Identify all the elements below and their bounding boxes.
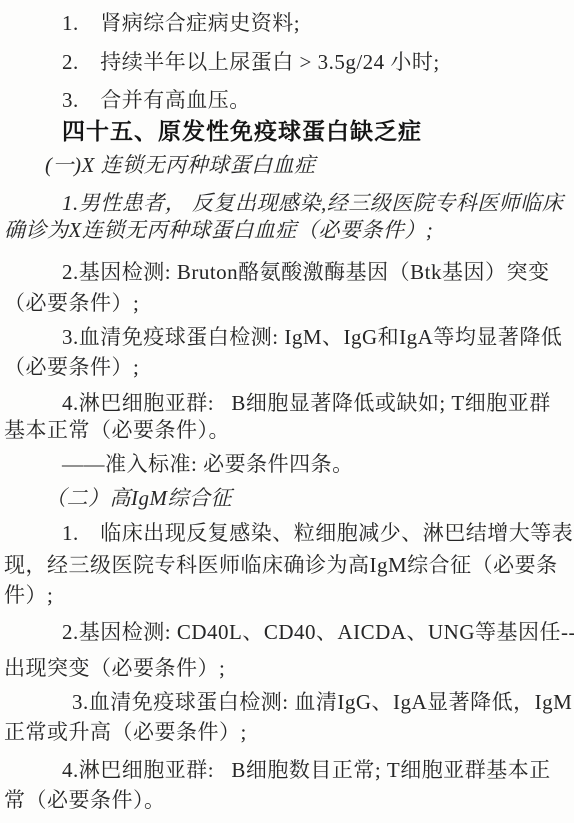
document-line: 1. 临床出现反复感染、粒细胞减少、淋巴结增大等表 [62, 520, 573, 547]
document-line: 3.血清免疫球蛋白检测: 血清IgG、IgA显著降低，IgM [72, 689, 572, 716]
document-line: 1.男性患者， 反复出现感染,经三级医院专科医师临床 [62, 190, 563, 217]
document-line: 现，经三级医院专科医师临床确诊为高IgM综合征（必要条 [4, 552, 558, 579]
document-line: 2. 持续半年以上尿蛋白 > 3.5g/24 小时; [62, 49, 440, 76]
document-line: 确诊为X连锁无丙种球蛋白血症（必要条件）; [4, 217, 433, 244]
document-line: ——准入标准: 必要条件四条。 [62, 451, 354, 478]
document-line: 2.基因检测: CD40L、CD40、AICDA、UNG等基因任--种 [62, 619, 574, 646]
document-line: 3.血清免疫球蛋白检测: IgM、IgG和IgA等均显著降低 [62, 324, 562, 351]
document-line: 4.淋巴细胞亚群: B细胞数目正常; T细胞亚群基本正 [62, 757, 551, 784]
document-line: （必要条件）; [4, 354, 139, 381]
document-line: 3. 合并有高血压。 [62, 87, 251, 114]
subsection-heading: (一)X 连锁无丙种球蛋白血症 [45, 152, 316, 179]
document-line: 基本正常（必要条件）。 [4, 417, 230, 444]
document-line: （必要条件）; [4, 290, 139, 317]
document-line: 件）; [4, 582, 53, 609]
subsection-heading: （二）高IgM综合征 [45, 485, 232, 512]
document-line: 正常或升高（必要条件）; [4, 719, 247, 746]
document-line: 4.淋巴细胞亚群: B细胞显著降低或缺如; T细胞亚群 [62, 390, 551, 417]
document-line: 1. 肾病综合症病史资料; [62, 10, 300, 37]
document-line: 出现突变（必要条件）; [4, 655, 225, 682]
section-heading: 四十五、原发性免疫球蛋白缺乏症 [62, 118, 422, 145]
document-line: 常（必要条件）。 [4, 787, 166, 814]
document-line: 2.基因检测: Bruton酪氨酸激酶基因（Btk基因）突变 [62, 259, 550, 286]
scanned-document-page: 1. 肾病综合症病史资料; 2. 持续半年以上尿蛋白 > 3.5g/24 小时;… [0, 0, 574, 823]
